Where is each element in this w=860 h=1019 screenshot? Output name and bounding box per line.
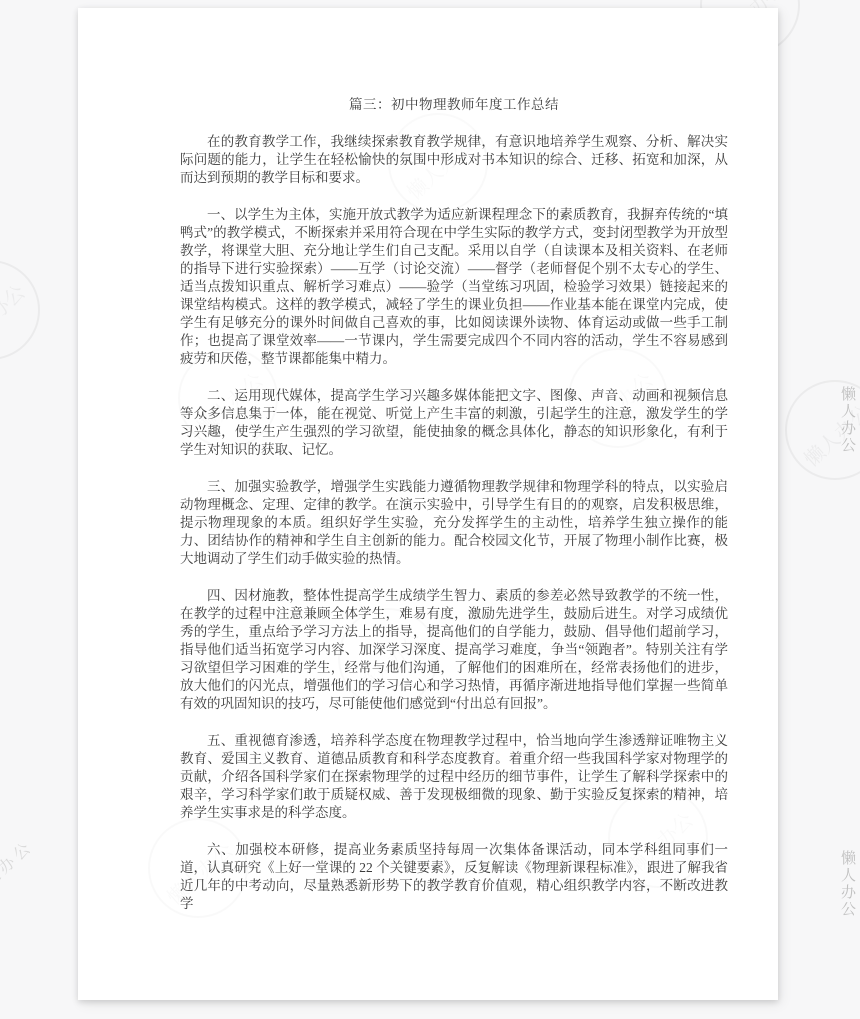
paragraph-section-1: 一、以学生为主体，实施开放式教学为适应新课程理念下的素质教育，我摒弃传统的“填鸭…: [180, 206, 728, 368]
document-body: 篇三：初中物理教师年度工作总结 在的教育教学工作，我继续探索教育教学规律，有意识…: [180, 96, 728, 932]
paragraph-section-3: 三、加强实验教学，增强学生实践能力遵循物理教学规律和物理学科的特点，以实验启动物…: [180, 478, 728, 568]
paragraph-section-5: 五、重视德育渗透，培养科学态度在物理教学过程中，恰当地向学生渗透辩证唯物主义教育…: [180, 732, 728, 822]
watermark-ring: [0, 260, 40, 360]
watermark-logo-text: 懒人办公: [0, 267, 42, 362]
document-page: 懒人办公 懒人办公 懒人办公 懒人办公 懒人办公 懒人办公 篇三：初中物理教师年…: [78, 8, 778, 1000]
document-title: 篇三：初中物理教师年度工作总结: [180, 96, 728, 114]
watermark-text-left-lower: 懒人办公: [0, 834, 37, 905]
watermark-text-right-lower: 懒人办公: [837, 850, 858, 918]
paragraph-intro: 在的教育教学工作，我继续探索教育教学规律，有意识地培养学生观察、分析、解决实际问…: [180, 133, 728, 187]
paragraph-section-4: 四、因材施教，整体性提高学生成绩学生智力、素质的参差必然导致教学的不统一性，在教…: [180, 587, 728, 713]
watermark-text-right-upper: 懒人办公: [837, 386, 858, 454]
paragraph-section-2: 二、运用现代媒体，提高学生学习兴趣多媒体能把文字、图像、声音、动画和视频信息等众…: [180, 387, 728, 459]
paragraph-section-6: 六、加强校本研修，提高业务素质坚持每周一次集体备课活动，同本学科组同事们一道，认…: [180, 841, 728, 913]
document-viewer-canvas: 懒人办公 懒人办公 懒人办公 懒人办公 懒人办公 懒人办公 懒人办公 懒人办公: [0, 0, 860, 1019]
watermark-logo: 懒人办公: [0, 250, 50, 370]
